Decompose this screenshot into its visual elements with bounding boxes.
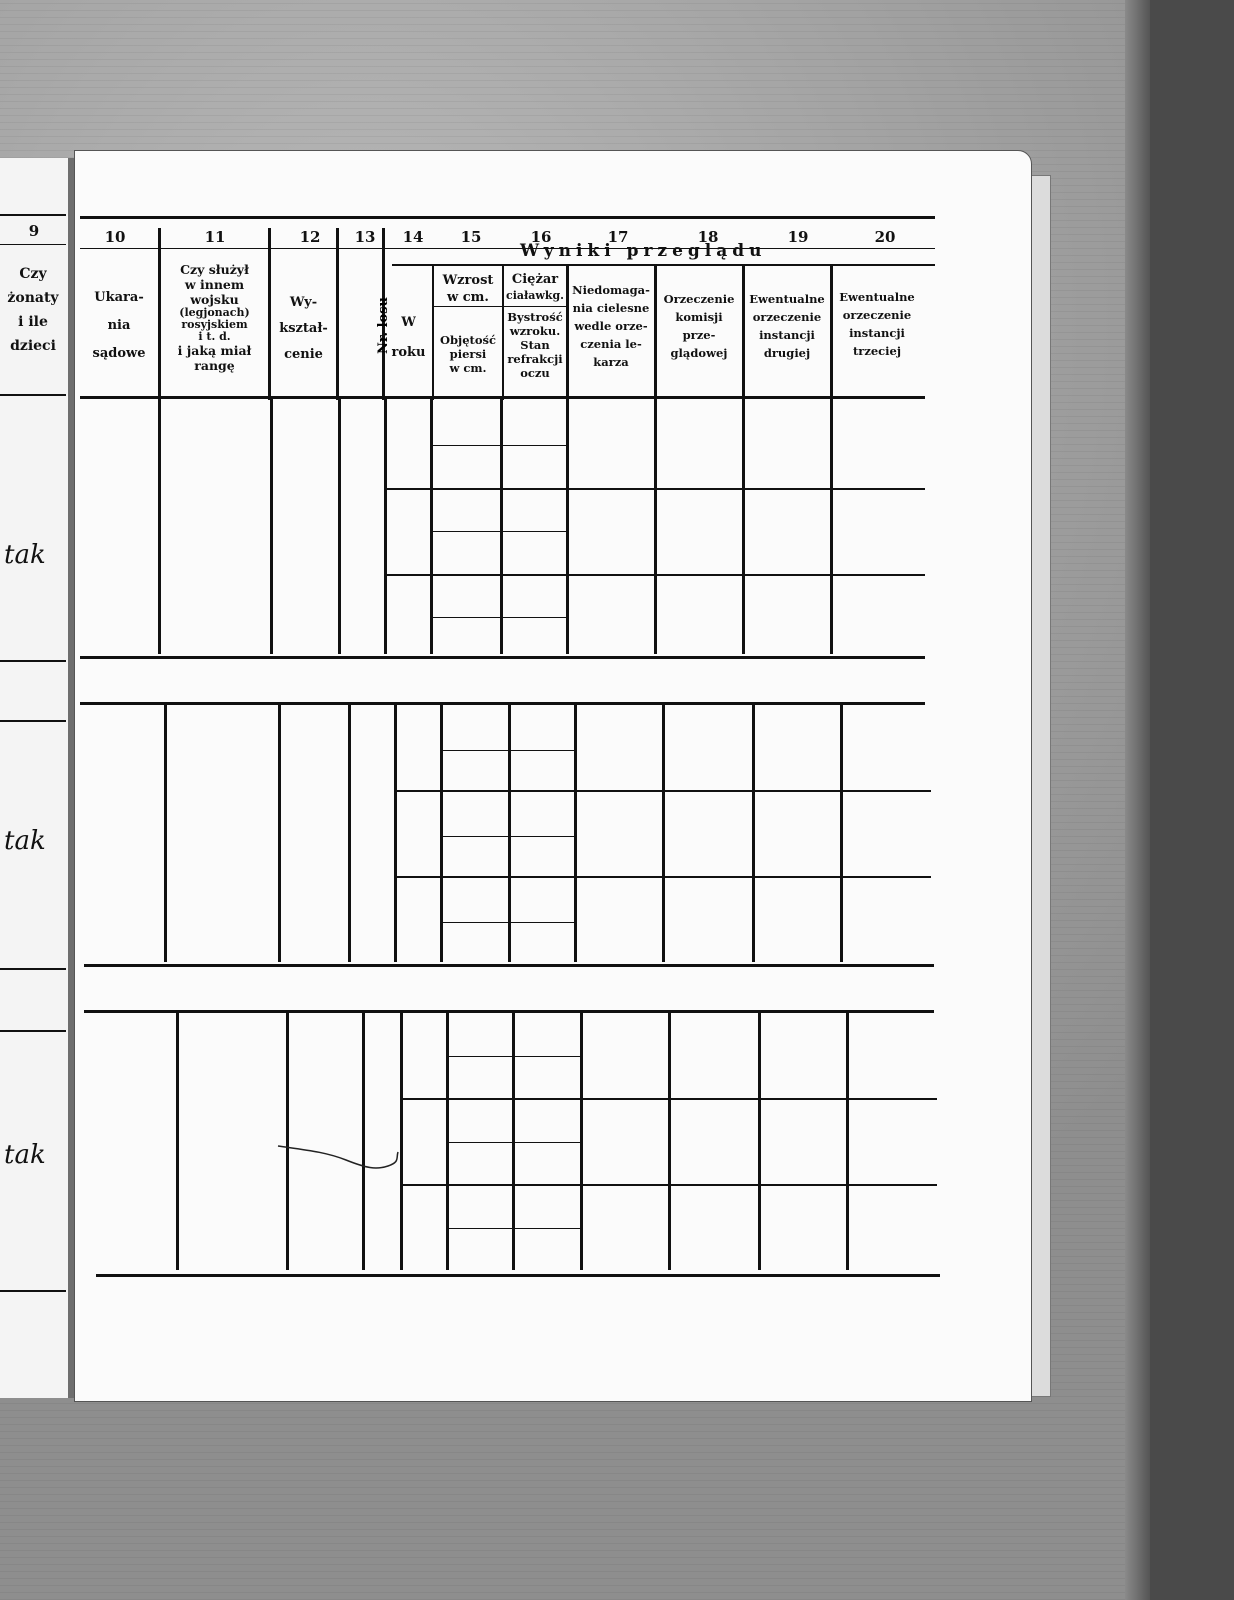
column-number-13: 13 [350, 228, 380, 246]
header-line: drugiej [744, 344, 830, 362]
header-line: komisji [656, 308, 742, 326]
column-divider [840, 704, 843, 962]
header-line: nia [80, 312, 158, 340]
header-line: i jaką miał [161, 343, 268, 358]
sub-header-rule [434, 306, 566, 307]
column-divider [580, 1012, 583, 1270]
header-line: W [385, 308, 432, 338]
record-subrow-rule [386, 574, 925, 576]
header-line: Bystrość [504, 310, 566, 324]
column-number-14: 14 [398, 228, 428, 246]
header-line: kształ- [271, 316, 336, 342]
header-line: glądowej [656, 344, 742, 362]
header-line: rangę [161, 358, 268, 373]
record-subrow-rule [402, 1184, 937, 1186]
header-instancji-drugiej: Ewentualne orzeczenie instancji drugiej [744, 290, 830, 362]
column-divider [440, 704, 443, 962]
header-ciezar: Ciężar ciaławkg. [504, 272, 566, 304]
column-divider [662, 704, 665, 962]
column-9-header: Czy żonaty i ile dzieci [0, 262, 66, 358]
column-divider [830, 398, 833, 654]
column-divider [668, 1012, 671, 1270]
record-subrow-rule [396, 876, 931, 878]
record-bottom-rule [84, 964, 934, 967]
header-line: orzeczenie [744, 308, 830, 326]
column-divider [336, 228, 339, 400]
header-orzeczenie-komisji: Orzeczenie komisji prze- glądowej [656, 290, 742, 362]
header-line: refrakcji [504, 352, 566, 366]
record-split-rule [448, 1142, 580, 1143]
header-w-roku: W roku [385, 308, 432, 368]
record-bottom-rule [96, 1274, 940, 1277]
header-instancji-trzeciej: Ewentualne orzeczenie instancji trzeciej [832, 288, 922, 360]
record-split-rule [432, 531, 566, 532]
column-number-10: 10 [95, 228, 135, 246]
record-top-rule [84, 1010, 934, 1013]
header-line: w cm. [434, 289, 502, 306]
column-divider [430, 398, 433, 654]
header-line: czenia le- [568, 335, 654, 353]
header-line: ciaławkg. [504, 288, 566, 304]
header-line: wedle orze- [568, 317, 654, 335]
header-objetosc-piersi: Objętość piersi w cm. [434, 333, 502, 375]
header-line: w cm. [434, 361, 502, 375]
group-header-rule [392, 264, 935, 266]
header-line: Stan [504, 338, 566, 352]
header-line: Czy służył [161, 262, 268, 277]
column-number-20: 20 [870, 228, 900, 246]
record-subrow-rule [402, 1098, 937, 1100]
column-divider [508, 704, 511, 962]
group-header-wyniki-przegladu: Wyniki przeglądu [520, 241, 767, 261]
header-line: Objętość [434, 333, 502, 347]
handwritten-entry-2: tak [4, 826, 46, 856]
handwritten-dash-mark [276, 1140, 401, 1175]
rule [0, 660, 66, 662]
header-line: w innem [161, 277, 268, 292]
header-line: cenie [271, 342, 336, 368]
record-split-rule [442, 836, 574, 837]
record-split-rule [448, 1056, 580, 1057]
header-line: Czy [0, 262, 66, 286]
column-divider [654, 398, 657, 654]
record-subrow-rule [386, 488, 925, 490]
column-divider [574, 704, 577, 962]
column-divider [270, 398, 273, 654]
column-divider [384, 398, 387, 654]
header-line: sądowe [80, 340, 158, 368]
column-number-15: 15 [456, 228, 486, 246]
header-wyksztalcenie: Wy- kształ- cenie [271, 290, 336, 368]
header-line: oczu [504, 366, 566, 380]
rule [0, 968, 66, 970]
top-rule [80, 216, 935, 219]
column-divider [158, 398, 161, 654]
header-line: Ukara- [80, 284, 158, 312]
header-line: wojsku [161, 292, 268, 307]
rule [0, 1030, 66, 1032]
header-line: Orzeczenie [656, 290, 742, 308]
column-divider [758, 1012, 761, 1270]
column-divider [566, 398, 569, 654]
scan-dark-border [1150, 0, 1234, 1600]
header-line: Wzrost [434, 272, 502, 289]
header-line: prze- [656, 326, 742, 344]
rule [0, 394, 66, 396]
column-divider [338, 398, 341, 654]
column-divider [278, 704, 281, 962]
column-divider [446, 1012, 449, 1270]
header-line: i t. d. [161, 331, 268, 343]
column-divider [752, 704, 755, 962]
rule [0, 1290, 66, 1292]
header-line: nia cielesne [568, 299, 654, 317]
header-line: i ile [0, 310, 66, 334]
record-split-rule [442, 922, 574, 923]
column-divider [164, 704, 167, 962]
rule [0, 244, 66, 245]
rule [0, 214, 66, 216]
header-line: karza [568, 353, 654, 371]
header-line: instancji [744, 326, 830, 344]
header-ukarania-sadowe: Ukara- nia sądowe [80, 284, 158, 368]
header-bystrosc-wzroku: Bystrość wzroku. Stan refrakcji oczu [504, 310, 566, 380]
column-divider [742, 398, 745, 654]
header-line: instancji [832, 324, 922, 342]
column-divider [394, 704, 397, 962]
column-divider [348, 704, 351, 962]
header-line: roku [385, 338, 432, 368]
record-split-rule [448, 1228, 580, 1229]
record-subrow-rule [396, 790, 931, 792]
column-number-9: 9 [14, 222, 54, 240]
record-split-rule [442, 750, 574, 751]
header-line: piersi [434, 347, 502, 361]
column-number-rule [80, 248, 935, 249]
header-line: orzeczenie [832, 306, 922, 324]
column-divider [176, 1012, 179, 1270]
handwritten-entry-3: tak [4, 1140, 46, 1170]
header-line: Niedomaga- [568, 281, 654, 299]
header-czy-sluzyl: Czy służył w innem wojsku (legjonach) ro… [161, 262, 268, 373]
header-line: żonaty [0, 286, 66, 310]
column-number-11: 11 [195, 228, 235, 246]
header-line: trzeciej [832, 342, 922, 360]
header-line: wzroku. [504, 324, 566, 338]
header-line: Ciężar [504, 272, 566, 288]
column-number-19: 19 [783, 228, 813, 246]
record-bottom-rule [80, 656, 925, 659]
column-divider [512, 1012, 515, 1270]
column-divider [500, 398, 503, 654]
header-line: Ewentualne [744, 290, 830, 308]
header-line: Wy- [271, 290, 336, 316]
header-line: dzieci [0, 334, 66, 358]
handwritten-entry-1: tak [4, 540, 46, 570]
header-wzrost: Wzrost w cm. [434, 272, 502, 306]
record-top-rule [80, 702, 925, 705]
column-divider [846, 1012, 849, 1270]
record-split-rule [432, 445, 566, 446]
rule [0, 720, 66, 722]
header-line: Ewentualne [832, 288, 922, 306]
record-split-rule [432, 617, 566, 618]
column-number-12: 12 [290, 228, 330, 246]
header-niedomagania: Niedomaga- nia cielesne wedle orze- czen… [568, 281, 654, 371]
